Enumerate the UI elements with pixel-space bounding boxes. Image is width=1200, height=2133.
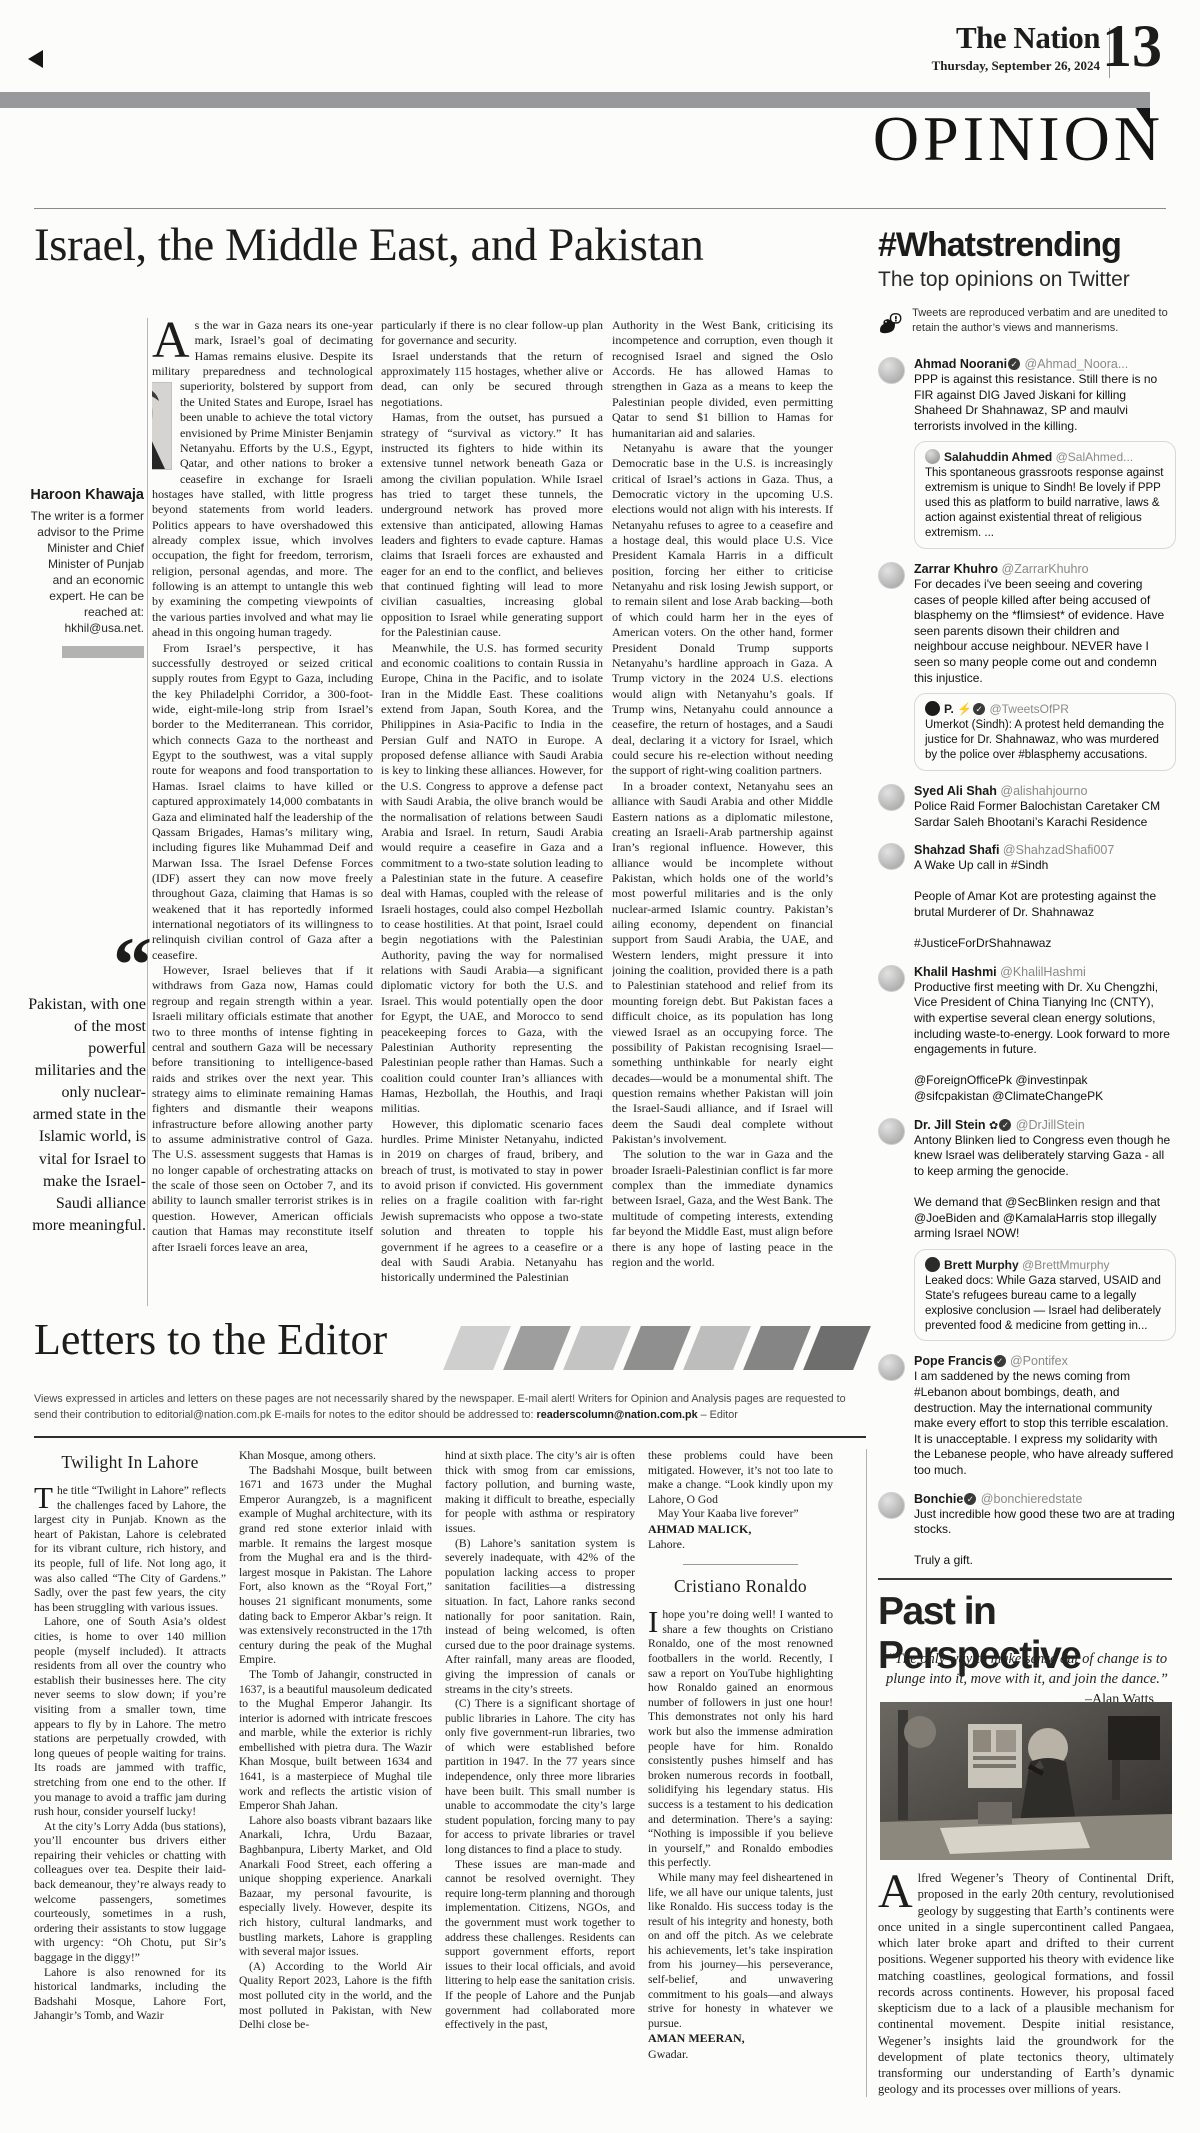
paper-name: The Nation: [956, 20, 1100, 56]
flower-icon: ✿: [989, 1120, 998, 1132]
author-name: Haroon Khawaja: [30, 487, 144, 503]
corner-triangle-icon: [28, 50, 43, 68]
article-column-2: particularly if there is no clear follow…: [381, 318, 603, 1308]
author-portrait-graphic: [152, 383, 171, 469]
drop-cap: I: [648, 1608, 662, 1635]
tweet-author: Dr. Jill Stein: [914, 1118, 986, 1132]
article-paragraph: As the war in Gaza nears its one-year ma…: [152, 318, 373, 641]
tweet-text: This spontaneous grassroots response aga…: [925, 466, 1165, 541]
tweet-text: Antony Blinken lied to Congress even tho…: [914, 1133, 1176, 1242]
letters-column-2: Khan Mosque, among others. The Badshahi …: [239, 1449, 432, 2111]
tweet-author: Salahuddin Ahmed: [944, 450, 1052, 464]
past-quote: “The only way to make sense out of chang…: [886, 1650, 1168, 1710]
column-rule: [147, 318, 148, 1306]
article-column-3: Authority in the West Bank, criticising …: [612, 318, 833, 1308]
top-rule: [34, 208, 1166, 209]
tweet-handle: @bonchieredstate: [981, 1492, 1083, 1506]
whatstrending-section: #Whatstrending The top opinions on Twitt…: [878, 226, 1176, 1574]
section-title: OPINION: [873, 102, 1164, 176]
verified-badge-icon: [964, 1493, 976, 1505]
tweet-handle: @alishahjourno: [1000, 784, 1087, 798]
tweet-author: Shahzad Shafi: [914, 843, 999, 857]
article-paragraph: The solution to the war in Gaza and the …: [612, 1147, 833, 1270]
letter-paragraph: Lahore also boasts vibrant bazaars like …: [239, 1814, 432, 1960]
letters-side-rule: [866, 1449, 867, 2097]
tweet-author: Ahmad Noorani: [914, 357, 1007, 371]
letter-signature: AMAN MEERAN,: [648, 2031, 833, 2046]
verified-badge-icon: [999, 1119, 1011, 1131]
tweet-handle: @Ahmad_Noora...: [1025, 357, 1129, 371]
pull-quote: “ Pakistan, with one of the most powerfu…: [28, 938, 146, 1237]
tweet-handle: @SalAhmed...: [1056, 450, 1134, 464]
avatar: [925, 1257, 940, 1272]
letter-paragraph: Lahore is also renowned for its historic…: [34, 1966, 226, 2024]
article-paragraph: However, Israel believes that if it with…: [152, 963, 373, 1255]
tweet-author: Pope Francis: [914, 1354, 993, 1368]
tweet-handle: @BrettMmurphy: [1022, 1258, 1110, 1272]
verified-badge-icon: [1008, 358, 1020, 370]
tweet-text: Leaked docs: While Gaza starved, USAID a…: [925, 1274, 1165, 1334]
twitter-bird-icon: [878, 304, 904, 344]
tweet-author: Bonchie: [914, 1492, 963, 1506]
avatar: [878, 357, 905, 384]
quote-marks-icon: “: [28, 938, 146, 994]
avatar: [878, 843, 905, 870]
tweet-handle: @ZarrarKhuhro: [1002, 562, 1089, 576]
tweet-author: Syed Ali Shah: [914, 784, 997, 798]
letters-column-4: these problems could have been mitigated…: [648, 1449, 833, 2111]
article-paragraph: In a broader context, Netanyahu sees an …: [612, 779, 833, 1148]
avatar: [878, 1118, 905, 1145]
article-paragraph: Hamas, from the outset, has pursued a st…: [381, 410, 603, 640]
letters-column-1: Twilight In Lahore The title “Twilight i…: [34, 1449, 226, 2111]
letter-paragraph: (B) Lahore’s sanitation system is severe…: [445, 1537, 635, 1698]
letter-paragraph: May Your Kaaba live forever”: [648, 1507, 833, 1522]
article-paragraph: From Israel’s perspective, it has succes…: [152, 641, 373, 964]
article-paragraph: particularly if there is no clear follow…: [381, 318, 603, 349]
letter-paragraph: these problems could have been mitigated…: [648, 1449, 833, 1507]
letter-paragraph: Khan Mosque, among others.: [239, 1449, 432, 1464]
tweet-handle: @ShahzadShafi007: [1003, 843, 1114, 857]
byline-chip: [62, 646, 144, 658]
drop-cap: A: [152, 318, 195, 361]
article-paragraph: Authority in the West Bank, criticising …: [612, 318, 833, 441]
article-paragraph: Netanyahu is aware that the younger Demo…: [612, 441, 833, 779]
tweet: Zarrar Khuhro @ZarrarKhuhro For decades …: [878, 562, 1176, 771]
letter-paragraph: hind at sixth place. The city’s air is o…: [445, 1449, 635, 1537]
quoted-tweet: Brett Murphy @BrettMmurphy Leaked docs: …: [914, 1249, 1176, 1342]
whatstrending-disclaimer: Tweets are reproduced verbatim and are u…: [878, 304, 1176, 344]
letters-title: Letters to the Editor: [34, 1314, 387, 1365]
letter-paragraph: The Badshahi Mosque, built between 1671 …: [239, 1464, 432, 1668]
tweet-text: Umerkot (Sindh): A protest held demandin…: [925, 718, 1165, 763]
letter-signature: AHMAD MALICK,: [648, 1522, 833, 1537]
tweet-author: Brett Murphy: [944, 1258, 1019, 1272]
article-column-1: As the war in Gaza nears its one-year ma…: [152, 318, 373, 1308]
letter-heading: Cristiano Ronaldo: [648, 1575, 833, 1597]
tweet: Pope Francis @Pontifex I am saddened by …: [878, 1354, 1176, 1478]
paper-date: Thursday, September 26, 2024: [932, 58, 1100, 74]
past-paragraph: Alfred Wegener’s Theory of Continental D…: [878, 1870, 1174, 2098]
tweet: Bonchie @bonchieredstate Just incredible…: [878, 1492, 1176, 1574]
past-rule: [878, 1578, 1172, 1580]
article-paragraph: Israel understands that the return of ap…: [381, 349, 603, 410]
letters-stripes-graphic: [452, 1326, 872, 1370]
article-paragraph: However, this diplomatic scenario faces …: [381, 1117, 603, 1286]
avatar: [878, 784, 905, 811]
past-body: Alfred Wegener’s Theory of Continental D…: [878, 1870, 1174, 2126]
disclaimer-text: Tweets are reproduced verbatim and are u…: [912, 304, 1176, 335]
tweet-text: Productive first meeting with Dr. Xu Che…: [914, 980, 1176, 1105]
tweet: Khalil Hashmi @KhalilHashmi Productive f…: [878, 965, 1176, 1105]
tweet-handle: @KhalilHashmi: [1000, 965, 1086, 979]
tweet-handle: @DrJillStein: [1016, 1118, 1085, 1132]
newspaper-page: The Nation Thursday, September 26, 2024 …: [0, 0, 1200, 2133]
verified-badge-icon: [994, 1355, 1006, 1367]
tweet-author: P.: [944, 702, 954, 716]
letters-rule: [34, 1436, 866, 1438]
letters-column-3: hind at sixth place. The city’s air is o…: [445, 1449, 635, 2111]
avatar: [878, 965, 905, 992]
avatar: [878, 1354, 905, 1381]
letter-paragraph: At the city’s Lorry Adda (bus stations),…: [34, 1820, 226, 1966]
letter-heading: Twilight In Lahore: [34, 1451, 226, 1473]
article-paragraph: Meanwhile, the U.S. has formed security …: [381, 641, 603, 1117]
article-headline: Israel, the Middle East, and Pakistan: [34, 218, 703, 272]
person-silhouette-icon: [925, 701, 940, 716]
quoted-tweet: Salahuddin Ahmed @SalAhmed... This spont…: [914, 441, 1176, 549]
tweet: Dr. Jill Stein ✿ @DrJillStein Antony Bli…: [878, 1118, 1176, 1342]
author-photo: [152, 382, 172, 470]
letter-signature-city: Gwadar.: [648, 2047, 833, 2062]
avatar: [878, 562, 905, 589]
letter-paragraph: While many may feel disheartened in life…: [648, 1871, 833, 2032]
letter-paragraph: (A) According to the World Air Quality R…: [239, 1960, 432, 2033]
whatstrending-title: #Whatstrending: [878, 226, 1176, 265]
tweet: Syed Ali Shah @alishahjourno Police Raid…: [878, 784, 1176, 830]
wegener-photo: [880, 1702, 1172, 1860]
tweet-author: Zarrar Khuhro: [914, 562, 998, 576]
tweet: Shahzad Shafi @ShahzadShafi007 A Wake Up…: [878, 843, 1176, 952]
tweet-handle: @Pontifex: [1010, 1354, 1068, 1368]
avatar: [925, 449, 940, 464]
tweet-text: PPP is against this resistance. Still th…: [914, 372, 1176, 434]
author-bio: The writer is a former advisor to the Pr…: [30, 509, 144, 637]
quoted-tweet: P. ⚡ @TweetsOfPR Umerkot (Sindh): A prot…: [914, 693, 1176, 771]
letter-paragraph: Lahore, one of South Asia’s oldest citie…: [34, 1615, 226, 1819]
letter-divider: [683, 1564, 798, 1565]
letter-paragraph: These issues are man-made and cannot be …: [445, 1858, 635, 2033]
drop-cap: A: [878, 1870, 918, 1911]
tweet-text: I am saddened by the news coming from #L…: [914, 1369, 1176, 1478]
letters-intro: Views expressed in articles and letters …: [34, 1392, 866, 1423]
tweet: Ahmad Noorani @Ahmad_Noora... PPP is aga…: [878, 357, 1176, 549]
tweet-text: For decades i've been seeing and coverin…: [914, 577, 1176, 686]
drop-cap: T: [34, 1484, 57, 1511]
tweet-text: Just incredible how good these two are a…: [914, 1507, 1176, 1569]
author-byline: Haroon Khawaja The writer is a former ad…: [30, 487, 144, 658]
letter-paragraph: The Tomb of Jahangir, constructed in 163…: [239, 1668, 432, 1814]
page-number: 13: [1102, 12, 1162, 81]
tweet-handle: @TweetsOfPR: [989, 702, 1069, 716]
tweet-text: Police Raid Former Balochistan Caretaker…: [914, 799, 1176, 830]
letter-paragraph: (C) There is a significant shortage of p…: [445, 1697, 635, 1858]
letter-paragraph: Ihope you’re doing well! I wanted to sha…: [648, 1608, 833, 1871]
avatar: [878, 1492, 905, 1519]
pull-quote-text: Pakistan, with one of the most powerful …: [28, 994, 146, 1237]
verified-badge-icon: [973, 703, 985, 715]
zap-icon: ⚡: [957, 702, 972, 716]
tweet-text: A Wake Up call in #Sindh People of Amar …: [914, 858, 1176, 952]
whatstrending-subtitle: The top opinions on Twitter: [878, 268, 1176, 292]
letter-signature-city: Lahore.: [648, 1537, 833, 1552]
tweet-author: Khalil Hashmi: [914, 965, 997, 979]
letter-paragraph: The title “Twilight in Lahore” reflects …: [34, 1484, 226, 1615]
readers-column-email: readerscolumn@nation.com.pk: [537, 1409, 698, 1421]
